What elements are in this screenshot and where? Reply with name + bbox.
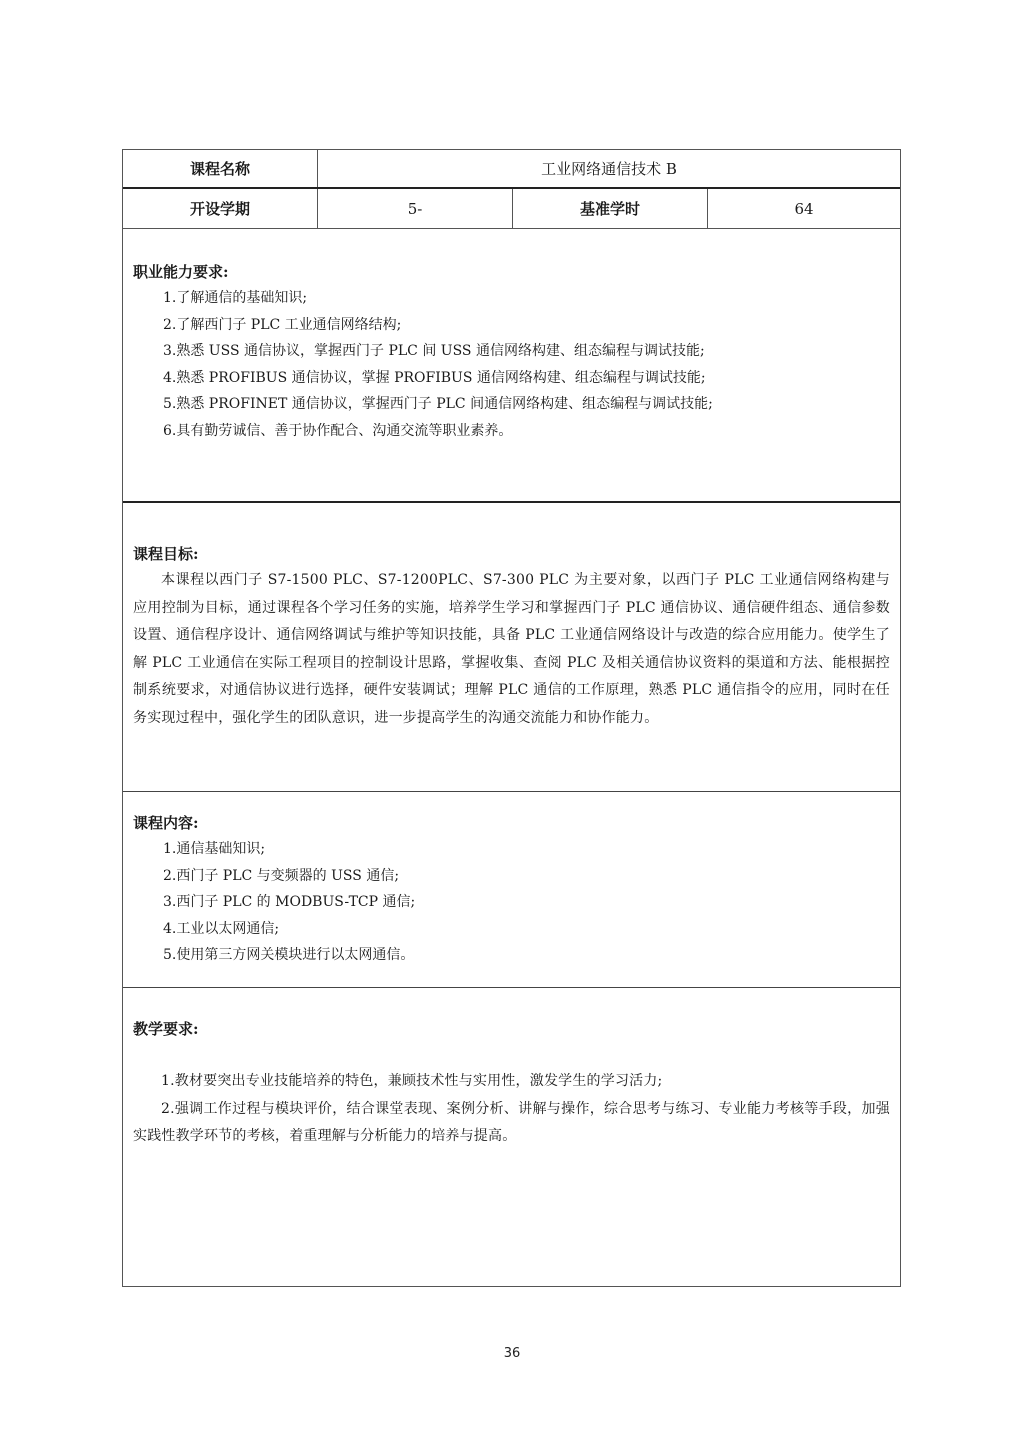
competency-item: 2.了解西门子 PLC 工业通信网络结构;: [133, 312, 890, 339]
hours-label: 基准学时: [512, 189, 707, 228]
content-item: 4.工业以太网通信;: [133, 916, 890, 943]
content-item: 1.通信基础知识;: [133, 836, 890, 863]
teaching-paragraph: 2.强调工作过程与模块评价，结合课堂表现、案例分析、讲解与操作，综合思考与练习、…: [133, 1096, 890, 1151]
semester-row: 开设学期 5- 基准学时 64: [123, 189, 900, 229]
content-title: 课程内容:: [133, 810, 890, 836]
competency-item: 3.熟悉 USS 通信协议，掌握西门子 PLC 间 USS 通信网络构建、组态编…: [133, 338, 890, 365]
page-number: 36: [0, 1346, 1024, 1361]
objectives-section: 课程目标: 本课程以西门子 S7-1500 PLC、S7-1200PLC、S7-…: [123, 503, 900, 792]
competency-title: 职业能力要求:: [133, 259, 890, 285]
semester-value: 5-: [317, 189, 512, 228]
competency-item: 5.熟悉 PROFINET 通信协议，掌握西门子 PLC 间通信网络构建、组态编…: [133, 391, 890, 418]
course-name-row: 课程名称 工业网络通信技术 B: [123, 150, 900, 189]
content-item: 3.西门子 PLC 的 MODBUS-TCP 通信;: [133, 889, 890, 916]
objectives-title: 课程目标:: [133, 541, 890, 567]
competency-item: 6.具有勤劳诚信、善于协作配合、沟通交流等职业素养。: [133, 418, 890, 445]
content-section: 课程内容: 1.通信基础知识; 2.西门子 PLC 与变频器的 USS 通信; …: [123, 792, 900, 988]
competency-item: 1.了解通信的基础知识;: [133, 285, 890, 312]
competency-item: 4.熟悉 PROFIBUS 通信协议，掌握 PROFIBUS 通信网络构建、组态…: [133, 365, 890, 392]
teaching-section: 教学要求: 1.教材要突出专业技能培养的特色，兼顾技术性与实用性，激发学生的学习…: [123, 988, 900, 1288]
document-page: 课程名称 工业网络通信技术 B 开设学期 5- 基准学时 64 职业能力要求: …: [0, 0, 1024, 1448]
semester-label: 开设学期: [123, 189, 317, 228]
teaching-title: 教学要求:: [133, 1016, 890, 1042]
course-table: 课程名称 工业网络通信技术 B 开设学期 5- 基准学时 64 职业能力要求: …: [122, 149, 901, 1287]
content-item: 5.使用第三方网关模块进行以太网通信。: [133, 942, 890, 969]
course-name-value: 工业网络通信技术 B: [317, 150, 900, 187]
competency-section: 职业能力要求: 1.了解通信的基础知识; 2.了解西门子 PLC 工业通信网络结…: [123, 229, 900, 503]
content-item: 2.西门子 PLC 与变频器的 USS 通信;: [133, 863, 890, 890]
hours-value: 64: [707, 189, 900, 228]
objectives-paragraph: 本课程以西门子 S7-1500 PLC、S7-1200PLC、S7-300 PL…: [133, 567, 890, 732]
teaching-paragraph: 1.教材要突出专业技能培养的特色，兼顾技术性与实用性，激发学生的学习活力;: [133, 1068, 890, 1096]
course-name-label: 课程名称: [123, 150, 317, 187]
